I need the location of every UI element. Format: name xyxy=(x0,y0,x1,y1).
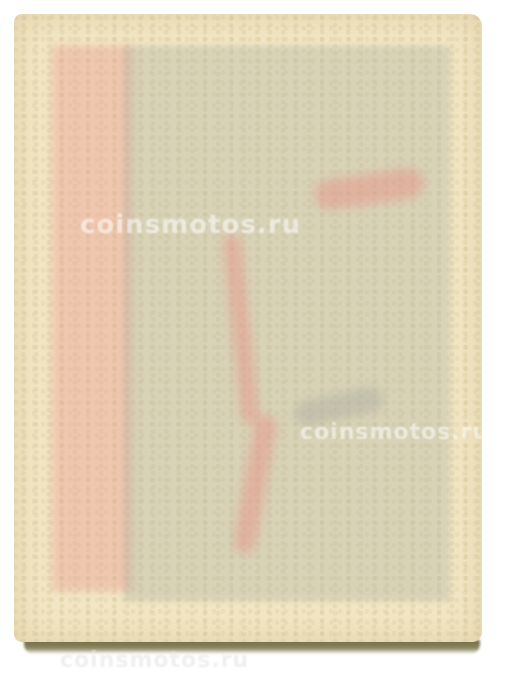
watermark-text: coinsmotos.ru xyxy=(80,210,301,240)
paper-label-back xyxy=(14,14,482,642)
red-show-through-band xyxy=(52,46,132,591)
watermark-text: coinsmotos.ru xyxy=(300,420,489,445)
watermark-text: coinsmotos.ru xyxy=(60,648,249,673)
grey-show-through-panel xyxy=(124,46,450,601)
